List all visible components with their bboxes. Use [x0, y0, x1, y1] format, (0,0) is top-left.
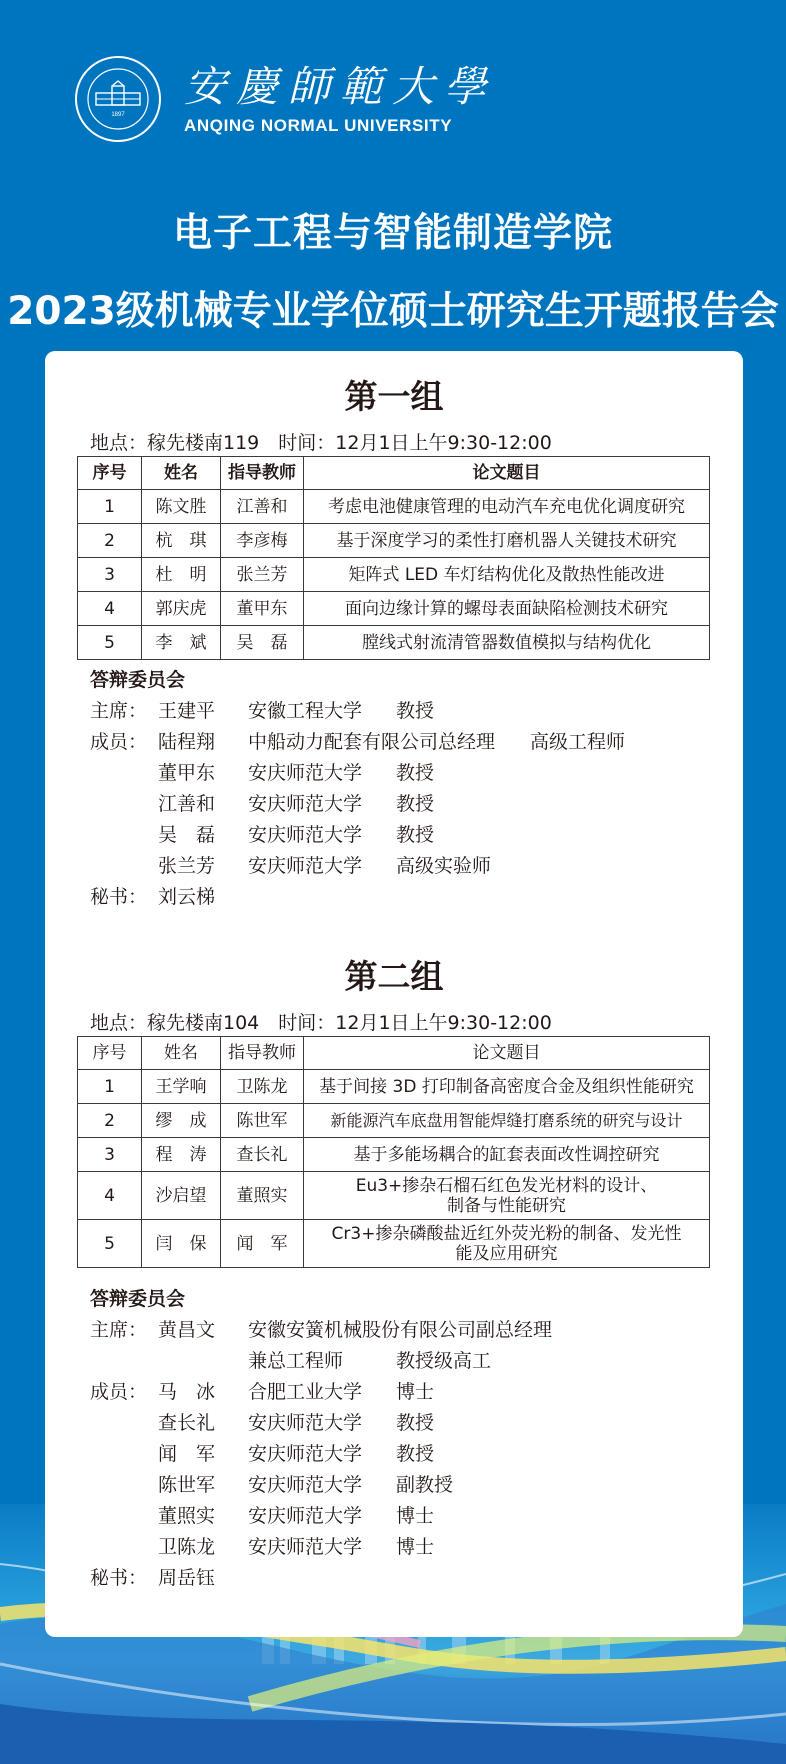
chair-org: 安徽安簧机械股份有限公司副总经理: [248, 1315, 552, 1346]
member-title: 高级实验师: [396, 851, 491, 882]
group-1-title: 第一组: [45, 371, 743, 418]
cell-advisor: 闻 军: [221, 1220, 304, 1268]
member-org: 中船动力配套有限公司总经理: [248, 727, 530, 758]
member-name: 张兰芳: [158, 851, 248, 882]
header-name: 姓名: [142, 457, 221, 490]
member-org: 安庆师范大学: [248, 1470, 396, 1501]
cell-thesis: 基于多能场耦合的缸套表面改性调控研究: [304, 1138, 710, 1172]
chair-label: 主席：: [90, 696, 158, 727]
cell-thesis: Eu3+掺杂石榴石红色发光材料的设计、制备与性能研究: [304, 1172, 710, 1220]
university-logo: 1897: [74, 55, 162, 143]
member-name: 江善和: [158, 789, 248, 820]
header-index: 序号: [78, 457, 142, 490]
chair-name: 王建平: [158, 696, 248, 727]
member-name: 董甲东: [158, 758, 248, 789]
cell-index: 2: [78, 524, 142, 558]
cell-student: 王学响: [142, 1070, 221, 1104]
member-name: 陆程翔: [158, 727, 248, 758]
header-index: 序号: [78, 1037, 142, 1070]
cell-student: 杭 琪: [142, 524, 221, 558]
cell-index: 1: [78, 1070, 142, 1104]
member-org: 安庆师范大学: [248, 1501, 396, 1532]
svg-text:1897: 1897: [111, 112, 125, 118]
chair-org-line2: 兼总工程师: [248, 1346, 396, 1377]
cell-advisor: 查长礼: [221, 1138, 304, 1172]
member-title: 教授: [396, 1439, 434, 1470]
committee-member-row: 张兰芳 安庆师范大学 高级实验师: [90, 851, 625, 882]
cell-student: 闫 保: [142, 1220, 221, 1268]
cell-index: 3: [78, 1138, 142, 1172]
group-2-committee: 答辩委员会 主席： 黄昌文 安徽安簧机械股份有限公司副总经理 兼总工程师 教授级…: [90, 1284, 552, 1594]
group-1-location-time: 地点：稼先楼南119 时间：12月1日上午9:30-12:00: [90, 428, 552, 455]
committee-chair-row-cont: 兼总工程师 教授级高工: [90, 1346, 552, 1377]
cell-index: 3: [78, 558, 142, 592]
member-org: 合肥工业大学: [248, 1377, 396, 1408]
member-name: 闻 军: [158, 1439, 248, 1470]
member-title: 教授: [396, 820, 434, 851]
table-row: 2 杭 琪 李彦梅 基于深度学习的柔性打磨机器人关键技术研究: [78, 524, 710, 558]
committee-member-row: 卫陈龙 安庆师范大学 博士: [90, 1532, 552, 1563]
cell-thesis: 面向边缘计算的螺母表面缺陷检测技术研究: [304, 592, 710, 626]
cell-student: 程 涛: [142, 1138, 221, 1172]
member-name: 吴 磊: [158, 820, 248, 851]
cell-thesis: 考虑电池健康管理的电动汽车充电优化调度研究: [304, 490, 710, 524]
committee-member-row: 成员： 陆程翔 中船动力配套有限公司总经理 高级工程师: [90, 727, 625, 758]
member-org: 安庆师范大学: [248, 1439, 396, 1470]
secretary-name: 周岳钰: [158, 1563, 248, 1594]
committee-member-row: 吴 磊 安庆师范大学 教授: [90, 820, 625, 851]
cell-thesis: Cr3+掺杂磷酸盐近红外荧光粉的制备、发光性能及应用研究: [304, 1220, 710, 1268]
secretary-label: 秘书：: [90, 882, 158, 913]
member-name: 马 冰: [158, 1377, 248, 1408]
cell-index: 5: [78, 626, 142, 660]
cell-thesis: 新能源汽车底盘用智能焊缝打磨系统的研究与设计: [304, 1104, 710, 1138]
member-name: 卫陈龙: [158, 1532, 248, 1563]
committee-title: 答辩委员会: [90, 665, 625, 696]
group-1-committee: 答辩委员会 主席： 王建平 安徽工程大学 教授 成员： 陆程翔 中船动力配套有限…: [90, 665, 625, 913]
cell-advisor: 吴 磊: [221, 626, 304, 660]
chair-label: 主席：: [90, 1315, 158, 1346]
chair-title: 教授: [396, 696, 434, 727]
member-org: 安庆师范大学: [248, 789, 396, 820]
member-title: 教授: [396, 789, 434, 820]
group-2-location-time: 地点：稼先楼南104 时间：12月1日上午9:30-12:00: [90, 1008, 552, 1035]
committee-chair-row: 主席： 王建平 安徽工程大学 教授: [90, 696, 625, 727]
committee-secretary-row: 秘书： 刘云梯: [90, 882, 625, 913]
cell-thesis: 基于间接 3D 打印制备高密度合金及组织性能研究: [304, 1070, 710, 1104]
member-org: 安庆师范大学: [248, 758, 396, 789]
group-2-title: 第二组: [45, 951, 743, 998]
cell-student: 李 斌: [142, 626, 221, 660]
committee-member-row: 成员： 马 冰 合肥工业大学 博士: [90, 1377, 552, 1408]
member-org: 安庆师范大学: [248, 1408, 396, 1439]
cell-student: 杜 明: [142, 558, 221, 592]
table-row: 4 沙启望 董照实 Eu3+掺杂石榴石红色发光材料的设计、制备与性能研究: [78, 1172, 710, 1220]
secretary-label: 秘书：: [90, 1563, 158, 1594]
cell-advisor: 董照实: [221, 1172, 304, 1220]
chair-title: 教授级高工: [396, 1346, 491, 1377]
member-org: 安庆师范大学: [248, 1532, 396, 1563]
cell-student: 郭庆虎: [142, 592, 221, 626]
chair-org: 安徽工程大学: [248, 696, 396, 727]
table-row: 5 李 斌 吴 磊 膛线式射流清管器数值模拟与结构优化: [78, 626, 710, 660]
committee-chair-row: 主席： 黄昌文 安徽安簧机械股份有限公司副总经理: [90, 1315, 552, 1346]
cell-advisor: 卫陈龙: [221, 1070, 304, 1104]
committee-member-row: 董甲东 安庆师范大学 教授: [90, 758, 625, 789]
cell-index: 5: [78, 1220, 142, 1268]
group-2-schedule-table: 序号 姓名 指导教师 论文题目 1 王学响 卫陈龙 基于间接 3D 打印制备高密…: [77, 1036, 710, 1268]
cell-student: 缪 成: [142, 1104, 221, 1138]
member-title: 教授: [396, 1408, 434, 1439]
university-seal-icon: 1897: [74, 55, 162, 143]
committee-member-row: 陈世军 安庆师范大学 副教授: [90, 1470, 552, 1501]
page-title-event: 2023级机械专业学位硕士研究生开题报告会: [0, 280, 786, 336]
header-thesis-title: 论文题目: [304, 457, 710, 490]
secretary-name: 刘云梯: [158, 882, 248, 913]
table-row: 1 王学响 卫陈龙 基于间接 3D 打印制备高密度合金及组织性能研究: [78, 1070, 710, 1104]
cell-advisor: 陈世军: [221, 1104, 304, 1138]
members-label: 成员：: [90, 1377, 158, 1408]
cell-thesis: 膛线式射流清管器数值模拟与结构优化: [304, 626, 710, 660]
committee-member-row: 董照实 安庆师范大学 博士: [90, 1501, 552, 1532]
table-row: 5 闫 保 闻 军 Cr3+掺杂磷酸盐近红外荧光粉的制备、发光性能及应用研究: [78, 1220, 710, 1268]
header-thesis-title: 论文题目: [304, 1037, 710, 1070]
committee-title: 答辩委员会: [90, 1284, 552, 1315]
schedule-card: 第一组 地点：稼先楼南119 时间：12月1日上午9:30-12:00 序号 姓…: [45, 351, 743, 1637]
table-row: 1 陈文胜 江善和 考虑电池健康管理的电动汽车充电优化调度研究: [78, 490, 710, 524]
member-title: 副教授: [396, 1470, 453, 1501]
table-row: 3 杜 明 张兰芳 矩阵式 LED 车灯结构优化及散热性能改进: [78, 558, 710, 592]
cell-advisor: 张兰芳: [221, 558, 304, 592]
cell-thesis: 矩阵式 LED 车灯结构优化及散热性能改进: [304, 558, 710, 592]
university-name-cn: 安慶師範大學: [184, 54, 496, 114]
committee-member-row: 江善和 安庆师范大学 教授: [90, 789, 625, 820]
committee-member-row: 查长礼 安庆师范大学 教授: [90, 1408, 552, 1439]
table-row: 3 程 涛 查长礼 基于多能场耦合的缸套表面改性调控研究: [78, 1138, 710, 1172]
cell-advisor: 江善和: [221, 490, 304, 524]
members-label: 成员：: [90, 727, 158, 758]
cell-index: 1: [78, 490, 142, 524]
member-org: 安庆师范大学: [248, 820, 396, 851]
cell-index: 2: [78, 1104, 142, 1138]
group-1-schedule-table: 序号 姓名 指导教师 论文题目 1 陈文胜 江善和 考虑电池健康管理的电动汽车充…: [77, 456, 710, 660]
member-name: 陈世军: [158, 1470, 248, 1501]
header-advisor: 指导教师: [221, 1037, 304, 1070]
member-title: 高级工程师: [530, 727, 625, 758]
cell-thesis: 基于深度学习的柔性打磨机器人关键技术研究: [304, 524, 710, 558]
cell-index: 4: [78, 592, 142, 626]
member-title: 博士: [396, 1532, 434, 1563]
member-name: 董照实: [158, 1501, 248, 1532]
table-header-row: 序号 姓名 指导教师 论文题目: [78, 1037, 710, 1070]
cell-advisor: 李彦梅: [221, 524, 304, 558]
member-title: 教授: [396, 758, 434, 789]
member-name: 查长礼: [158, 1408, 248, 1439]
cell-student: 沙启望: [142, 1172, 221, 1220]
member-title: 博士: [396, 1377, 434, 1408]
committee-member-row: 闻 军 安庆师范大学 教授: [90, 1439, 552, 1470]
header-name: 姓名: [142, 1037, 221, 1070]
table-row: 4 郭庆虎 董甲东 面向边缘计算的螺母表面缺陷检测技术研究: [78, 592, 710, 626]
table-header-row: 序号 姓名 指导教师 论文题目: [78, 457, 710, 490]
table-row: 2 缪 成 陈世军 新能源汽车底盘用智能焊缝打磨系统的研究与设计: [78, 1104, 710, 1138]
page-title-school: 电子工程与智能制造学院: [0, 202, 786, 258]
committee-secretary-row: 秘书： 周岳钰: [90, 1563, 552, 1594]
university-name-en: ANQING NORMAL UNIVERSITY: [184, 116, 452, 136]
header-advisor: 指导教师: [221, 457, 304, 490]
cell-index: 4: [78, 1172, 142, 1220]
member-org: 安庆师范大学: [248, 851, 396, 882]
cell-student: 陈文胜: [142, 490, 221, 524]
member-title: 博士: [396, 1501, 434, 1532]
chair-name: 黄昌文: [158, 1315, 248, 1346]
cell-advisor: 董甲东: [221, 592, 304, 626]
